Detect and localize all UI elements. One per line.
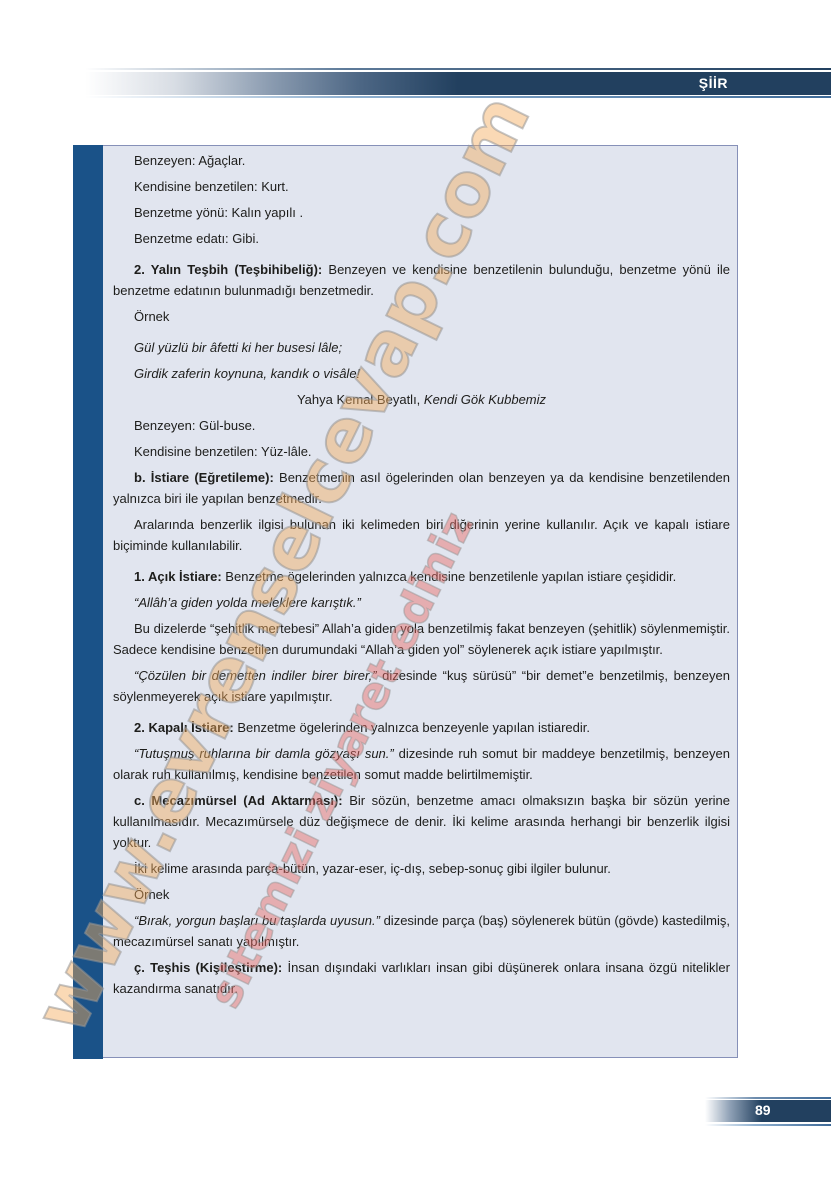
paragraph-yalin-tesbih: 2. Yalın Teşbih (Teşbihibeliğ): Benzeyen…: [113, 259, 730, 301]
content-body: Benzeyen: Ağaçlar. Kendisine benzetilen:…: [113, 150, 730, 1004]
quote: “Bırak, yorgun başları bu taşlarda uyusu…: [134, 913, 380, 928]
heading-mecazimursel: c. Mecazımürsel (Ad Aktarması):: [134, 793, 343, 808]
poem-line: Girdik zaferin koynuna, kandık o visâle!: [113, 363, 730, 384]
ornek-label: Örnek: [113, 884, 730, 905]
intro-line: Benzetme edatı: Gibi.: [113, 228, 730, 249]
quote: “Çözülen bir demetten indiler birer bire…: [134, 668, 377, 683]
section-title: ŞİİR: [699, 75, 728, 91]
quote: “Tutuşmuş ruhlarına bir damla gözyaşı su…: [134, 746, 394, 761]
poem-work: Kendi Gök Kubbemiz: [424, 392, 546, 407]
acik-istiare-explanation-2: “Çözülen bir demetten indiler birer bire…: [113, 665, 730, 707]
heading-acik-istiare: 1. Açık İstiare:: [134, 569, 222, 584]
header-line-bottom: [85, 96, 831, 98]
paragraph-istiare-2: Aralarında benzerlik ilgisi bulunan iki …: [113, 514, 730, 556]
poem-source: Yahya Kemal Beyatlı, Kendi Gök Kubbemiz: [113, 389, 730, 410]
footer-line-bottom: [705, 1124, 831, 1126]
acik-istiare-example: “Allâh’a giden yolda meleklere karıştık.…: [113, 592, 730, 613]
text-acik-istiare: Benzetme ögelerinden yalnızca kendisine …: [222, 569, 677, 584]
paragraph-istiare: b. İstiare (Eğretileme): Benzetmenin ası…: [113, 467, 730, 509]
paragraph-kapali-istiare: 2. Kapalı İstiare: Benzetme ögelerinden …: [113, 717, 730, 738]
intro-line: Benzeyen: Ağaçlar.: [113, 150, 730, 171]
footer-line-top: [705, 1097, 831, 1099]
poem-author: Yahya Kemal Beyatlı,: [297, 392, 424, 407]
poem-analysis-line: Kendisine benzetilen: Yüz-lâle.: [113, 441, 730, 462]
intro-line: Benzetme yönü: Kalın yapılı .: [113, 202, 730, 223]
text-kapali-istiare: Benzetme ögelerinden yalnızca benzeyenle…: [234, 720, 590, 735]
mecazimursel-explanation: İki kelime arasında parça-bütün, yazar-e…: [113, 858, 730, 879]
heading-teshis: ç. Teşhis (Kişileştirme):: [134, 960, 282, 975]
heading-istiare: b. İstiare (Eğretileme):: [134, 470, 274, 485]
heading-yalin-tesbih: 2. Yalın Teşbih (Teşbihibeliğ):: [134, 262, 322, 277]
acik-istiare-explanation: Bu dizelerde “şehitlik mertebesi” Allah’…: [113, 618, 730, 660]
heading-kapali-istiare: 2. Kapalı İstiare:: [134, 720, 234, 735]
paragraph-mecazimursel: c. Mecazımürsel (Ad Aktarması): Bir sözü…: [113, 790, 730, 853]
page-number: 89: [755, 1102, 771, 1118]
paragraph-acik-istiare: 1. Açık İstiare: Benzetme ögelerinden ya…: [113, 566, 730, 587]
intro-line: Kendisine benzetilen: Kurt.: [113, 176, 730, 197]
poem-line: Gül yüzlü bir âfetti ki her busesi lâle;: [113, 337, 730, 358]
ornek-label: Örnek: [113, 306, 730, 327]
kapali-istiare-explanation: “Tutuşmuş ruhlarına bir damla gözyaşı su…: [113, 743, 730, 785]
mecazimursel-example: “Bırak, yorgun başları bu taşlarda uyusu…: [113, 910, 730, 952]
header-line-top: [85, 68, 831, 70]
paragraph-teshis: ç. Teşhis (Kişileştirme): İnsan dışındak…: [113, 957, 730, 999]
content-box-left-bar: [73, 145, 103, 1059]
poem-analysis-line: Benzeyen: Gül-buse.: [113, 415, 730, 436]
